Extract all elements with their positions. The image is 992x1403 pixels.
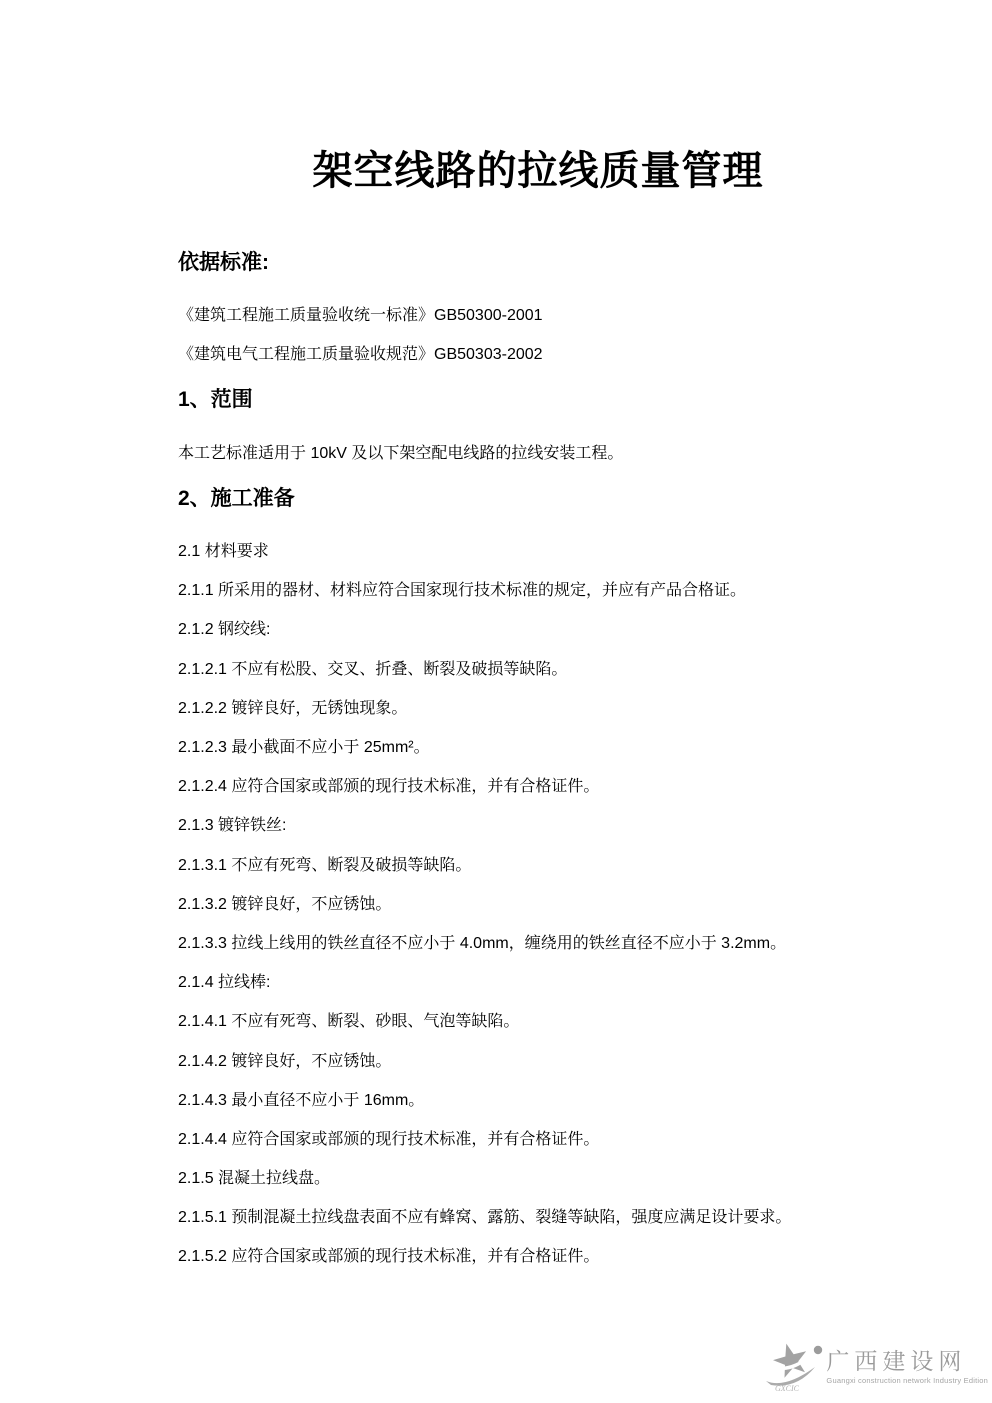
paragraph: 2.1.2.4 应符合国家或部颁的现行技术标准，并有合格证件。 bbox=[178, 777, 898, 796]
paragraph: 2.1.2.3 最小截面不应小于 25mm²。 bbox=[178, 738, 898, 757]
paragraph: 2.1 材料要求 bbox=[178, 542, 898, 561]
watermark: GXCIC 广西建设网 Guangxi construction network… bbox=[763, 1339, 988, 1395]
page-title: 架空线路的拉线质量管理 bbox=[178, 147, 898, 196]
watermark-text-block: 广西建设网 Guangxi construction network Indus… bbox=[826, 1349, 988, 1386]
paragraph: 2.1.4.2 镀锌良好，不应锈蚀。 bbox=[178, 1052, 898, 1071]
paragraph: 2.1.3.2 镀锌良好，不应锈蚀。 bbox=[178, 895, 898, 914]
paragraph: 2.1.5.1 预制混凝土拉线盘表面不应有蜂窝、露筋、裂缝等缺陷，强度应满足设计… bbox=[178, 1208, 898, 1227]
watermark-site-name: 广西建设网 bbox=[826, 1349, 988, 1374]
paragraph-standard-ref: 《建筑工程施工质量验收统一标准》GB50300-2001 bbox=[178, 306, 898, 325]
paragraph: 2.1.4.1 不应有死弯、断裂、砂眼、气泡等缺陷。 bbox=[178, 1012, 898, 1031]
document-content: 架空线路的拉线质量管理 依据标准: 《建筑工程施工质量验收统一标准》GB5030… bbox=[0, 0, 992, 1267]
document-page: 架空线路的拉线质量管理 依据标准: 《建筑工程施工质量验收统一标准》GB5030… bbox=[0, 0, 992, 1403]
paragraph: 2.1.4.3 最小直径不应小于 16mm。 bbox=[178, 1091, 898, 1110]
paragraph: 2.1.3.3 拉线上线用的铁丝直径不应小于 4.0mm，缠绕用的铁丝直径不应小… bbox=[178, 934, 898, 953]
paragraph: 2.1.2.2 镀锌良好，无锈蚀现象。 bbox=[178, 699, 898, 718]
gxcic-star-logo: GXCIC bbox=[763, 1339, 823, 1395]
paragraph: 2.1.3.1 不应有死弯、断裂及破损等缺陷。 bbox=[178, 856, 898, 875]
paragraph: 本工艺标准适用于 10kV 及以下架空配电线路的拉线安装工程。 bbox=[178, 444, 898, 463]
paragraph: 2.1.4 拉线棒: bbox=[178, 973, 898, 992]
paragraph: 2.1.1 所采用的器材、材料应符合国家现行技术标准的规定，并应有产品合格证。 bbox=[178, 581, 898, 600]
paragraph: 2.1.2.1 不应有松股、交叉、折叠、断裂及破损等缺陷。 bbox=[178, 660, 898, 679]
logo-script-text: GXCIC bbox=[775, 1384, 800, 1393]
section-heading-scope: 1、范围 bbox=[178, 387, 898, 413]
section-heading-preparation: 2、施工准备 bbox=[178, 486, 898, 512]
watermark-tagline: Guangxi construction network Industry Ed… bbox=[826, 1377, 988, 1385]
paragraph: 2.1.4.4 应符合国家或部颁的现行技术标准，并有合格证件。 bbox=[178, 1130, 898, 1149]
paragraph: 2.1.2 钢绞线: bbox=[178, 620, 898, 639]
logo-dot-icon bbox=[814, 1346, 822, 1354]
paragraph: 2.1.5 混凝土拉线盘。 bbox=[178, 1169, 898, 1188]
paragraph: 2.1.3 镀锌铁丝: bbox=[178, 816, 898, 835]
section-heading-basis: 依据标准: bbox=[178, 250, 898, 276]
paragraph-standard-ref: 《建筑电气工程施工质量验收规范》GB50303-2002 bbox=[178, 345, 898, 364]
paragraph: 2.1.5.2 应符合国家或部颁的现行技术标准，并有合格证件。 bbox=[178, 1247, 898, 1266]
